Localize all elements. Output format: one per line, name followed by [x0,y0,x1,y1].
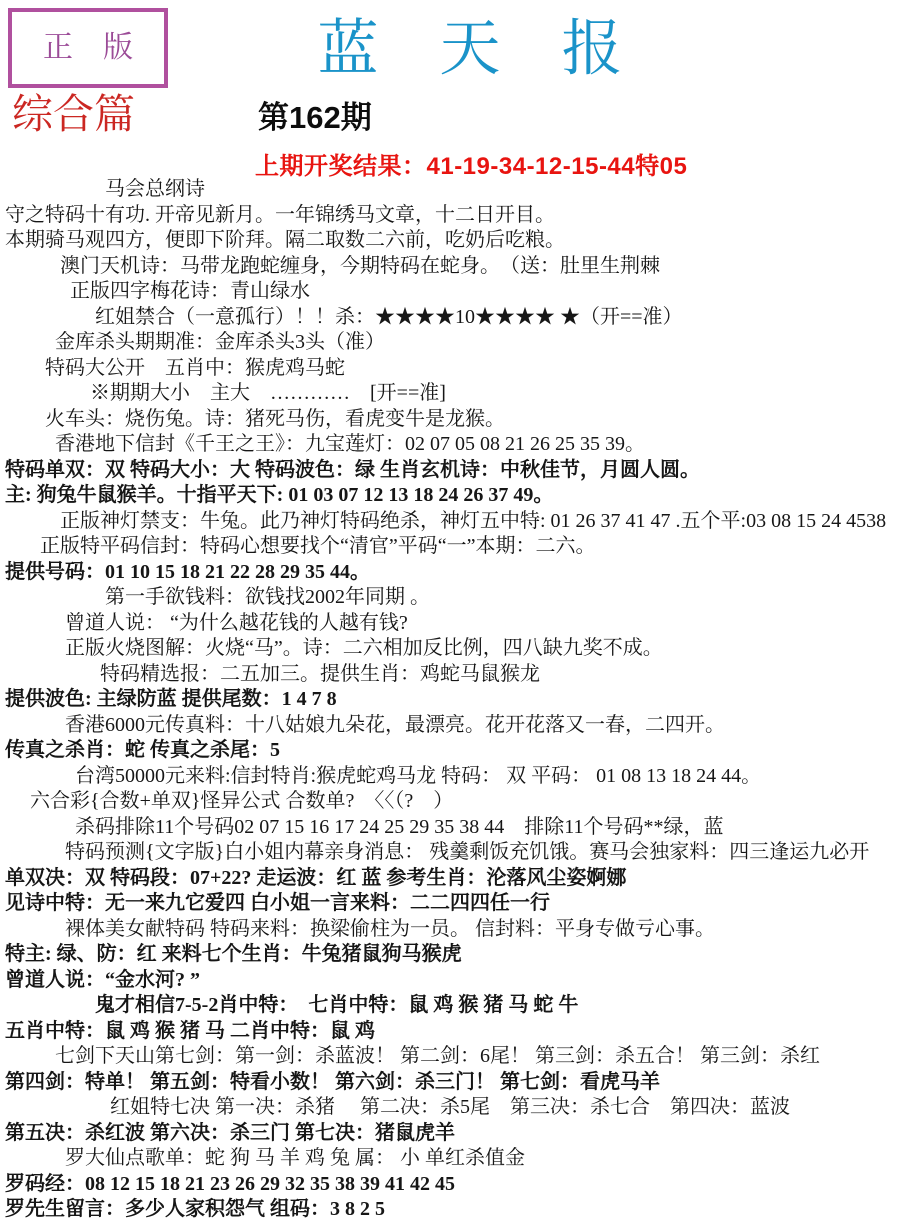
body-line: 第五决：杀红波 第六决：杀三门 第七决：猪鼠虎羊 [0,1121,900,1147]
body-line: 五肖中特：鼠 鸡 猴 猪 马 二肖中特：鼠 鸡 [0,1019,900,1045]
body-line: 见诗中特：无一来九它爱四 白小姐一言来料：二二四四任一行 [0,891,900,917]
section-label: 综合篇 [12,90,135,139]
body-line: 正版四字梅花诗：青山绿水 [0,279,900,305]
body-line: 单双决：双 特码段：07+22? 走运波：红 蓝 参考生肖：沦落风尘姿婀娜 [0,866,900,892]
body-line: 守之特码十有功. 开帝见新月。一年锦绣马文章，十二日开目。 [0,203,900,229]
newspaper-page: 正 版 蓝 天 报 综合篇 第162期 上期开奖结果：41-19-34-12-1… [0,0,900,1229]
body-line: 红姐特七决 第一决：杀猪 第二决：杀5尾 第三决：杀七合 第四决：蓝波 [0,1095,900,1121]
body-line: 罗先生留言：多少人家积怨气 组码：3 8 2 5 [0,1197,900,1223]
body-line: 传真之杀肖：蛇 传真之杀尾：5 [0,738,900,764]
body-line: 金库杀头期期准：金库杀头3头（准） [0,330,900,356]
body-lines: 马会总纲诗守之特码十有功. 开帝见新月。一年锦绣马文章，十二日开目。本期骑马观四… [0,177,900,1223]
authentic-stamp-box: 正 版 [8,8,168,88]
body-line: 鬼才相信7-5-2肖中特： 七肖中特：鼠 鸡 猴 猪 马 蛇 牛 [0,993,900,1019]
body-line: 台湾50000元来料:信封特肖:猴虎蛇鸡马龙 特码： 双 平码： 01 08 1… [0,764,900,790]
body-line: 曾道人说： “为什么越花钱的人越有钱? [0,611,900,637]
body-line: 香港6000元传真料：十八姑娘九朵花，最漂亮。花开花落又一春，二四开。 [0,713,900,739]
body-line: 特码预测{文字版}白小姐内幕亲身消息： 残羹剩饭充饥饿。赛马会独家料：四三逢运九… [0,840,900,866]
body-line: 正版神灯禁支：牛兔。此乃神灯特码绝杀，神灯五中特: 01 26 37 41 47… [0,509,900,535]
body-line: 杀码排除11个号码02 07 15 16 17 24 25 29 35 38 4… [0,815,900,841]
body-line: 第一手欲钱料：欲钱找2002年同期 。 [0,585,900,611]
body-line: 提供号码：01 10 15 18 21 22 28 29 35 44。 [0,560,900,586]
body-line: 特码精选报：二五加三。提供生肖：鸡蛇马鼠猴龙 [0,662,900,688]
body-line: 正版火烧图解：火烧“马”。诗：二六相加反比例，四八缺九奖不成。 [0,636,900,662]
body-line: 第四剑：特单！ 第五剑：特看小数！ 第六剑：杀三门！ 第七剑：看虎马羊 [0,1070,900,1096]
body-line: 裸体美女献特码 特码来料：换梁偷柱为一员。 信封料：平身专做亏心事。 [0,917,900,943]
body-line: 马会总纲诗 [0,177,900,203]
body-line: 特码单双：双 特码大小：大 特码波色：绿 生肖玄机诗：中秋佳节，月圆人圆。 [0,458,900,484]
body-line: 罗码经：08 12 15 18 21 23 26 29 32 35 38 39 … [0,1172,900,1198]
body-line: 正版特平码信封：特码心想要找个“清官”平码“一”本期：二六。 [0,534,900,560]
body-line: 特码大公开 五肖中：猴虎鸡马蛇 [0,356,900,382]
page-title: 蓝 天 报 [225,16,715,83]
stamp-label: 正 版 [43,33,133,63]
body-line: 主: 狗兔牛鼠猴羊。十指平天下: 01 03 07 12 13 18 24 26… [0,483,900,509]
body-line: 七剑下天山第七剑：第一剑：杀蓝波！ 第二剑：6尾！ 第三剑：杀五合！ 第三剑：杀… [0,1044,900,1070]
issue-number: 第162期 [258,92,372,137]
body-line: 本期骑马观四方，便即下阶拜。隔二取数二六前，吃奶后吃粮。 [0,228,900,254]
body-line: 澳门天机诗：马带龙跑蛇缠身，今期特码在蛇身。 （送：肚里生荆棘 [0,254,900,280]
body-line: 特主: 绿、防：红 来料七个生肖：牛兔猪鼠狗马猴虎 [0,942,900,968]
body-line: 曾道人说：“金水河? ” [0,968,900,994]
body-line: ※期期大小 主大 ………… [开==准] [0,381,900,407]
body-line: 香港地下信封《千王之王》：九宝莲灯：02 07 05 08 21 26 25 3… [0,432,900,458]
body-line: 红姐禁合（一意孤行）！！杀：★★★★10★★★★ ★（开==准） [0,305,900,331]
body-line: 火车头：烧伤兔。诗：猪死马伤，看虎变牛是龙猴。 [0,407,900,433]
body-line: 提供波色: 主绿防蓝 提供尾数：1 4 7 8 [0,687,900,713]
body-line: 罗大仙点歌单：蛇 狗 马 羊 鸡 兔 属： 小 单红杀值金 [0,1146,900,1172]
body-line: 六合彩{合数+单双}怪异公式 合数单? 〈〈（? ） [0,789,900,815]
last-draw-result: 上期开奖结果：41-19-34-12-15-44特05 [255,146,687,181]
